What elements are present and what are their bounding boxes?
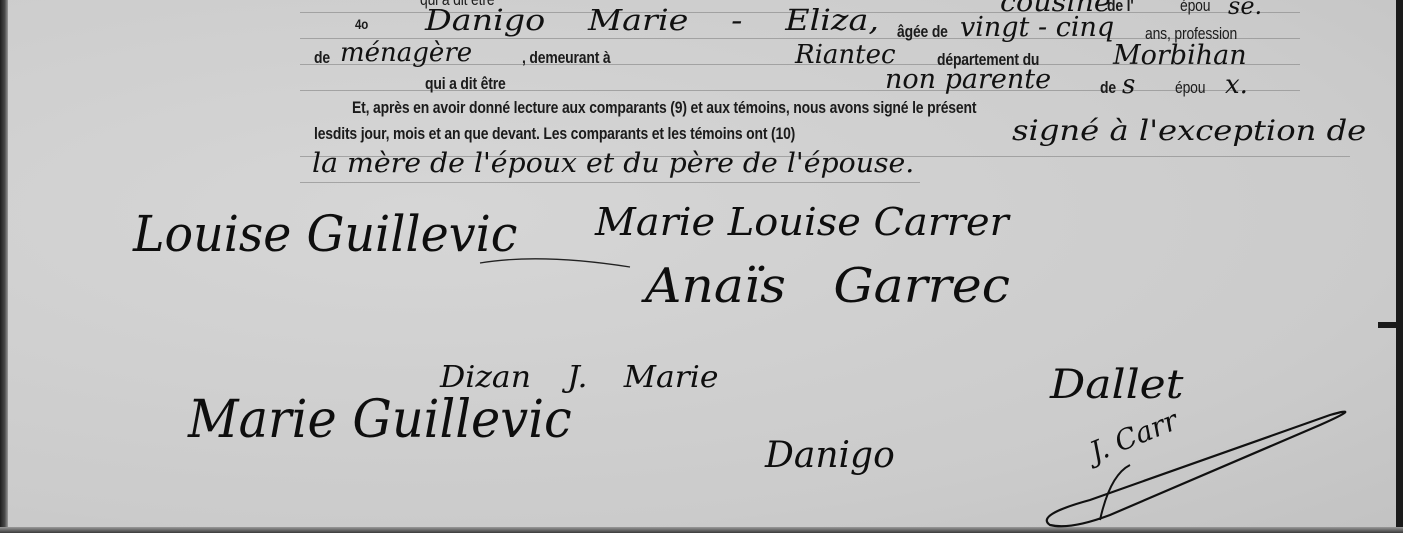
form-text-epoux: épou xyxy=(1180,0,1210,16)
hand-closing-exception: signé à l'exception de xyxy=(1012,114,1366,147)
form-text-epoux-final: épou xyxy=(1175,78,1205,98)
signature-dizan-j-marie: Dizan J. Marie xyxy=(440,360,719,395)
form-text-demeurant: , demeurant à xyxy=(522,48,611,68)
signature-underline-flourish xyxy=(480,255,640,275)
mayor-signature-flourish xyxy=(1030,395,1350,533)
hand-age-value: vingt - cinq xyxy=(960,12,1114,43)
signature-anais-garrec: Anaïs Garrec xyxy=(645,258,1010,314)
signature-marie-louise-carrer: Marie Louise Carrer xyxy=(595,200,1009,244)
hand-residence-value: Riantec xyxy=(795,40,896,70)
scan-edge-right xyxy=(1396,0,1403,533)
hand-des-suffix: s xyxy=(1122,70,1135,100)
signature-danigo: Danigo xyxy=(765,435,895,476)
signature-marie-guillevic: Marie Guillevic xyxy=(188,390,572,450)
hand-profession-value: ménagère xyxy=(340,38,472,68)
signature-louise-guillevic: Louise Guillevic xyxy=(133,205,517,263)
form-text-qui-a-dit-etre: qui a dit être xyxy=(425,74,506,94)
ruled-line xyxy=(300,182,920,183)
hand-witness-name: Danigo Marie - Eliza, xyxy=(425,3,879,37)
hand-closing-line-3: la mère de l'époux et du père de l'épous… xyxy=(312,148,914,179)
closing-line-1: Et, après en avoir donné lecture aux com… xyxy=(352,98,976,118)
witness-number: 4o xyxy=(355,16,368,32)
form-text-des: de xyxy=(1100,78,1116,98)
hand-epoux-final-suffix: x. xyxy=(1225,70,1248,100)
scan-edge-left xyxy=(0,0,8,533)
closing-line-2: lesdits jour, mois et an que devant. Les… xyxy=(314,124,795,144)
form-text-agee-de: âgée de xyxy=(897,22,948,42)
hand-relation-value: non parente xyxy=(885,64,1051,95)
document-page: qui a dit être cousine de l' épou se. 4o… xyxy=(0,0,1403,533)
hand-epoux-suffix: se. xyxy=(1228,0,1262,20)
hand-departement-value: Morbihan xyxy=(1113,40,1247,71)
scan-edge-notch xyxy=(1378,322,1403,328)
form-text-de-profession: de xyxy=(314,48,330,68)
